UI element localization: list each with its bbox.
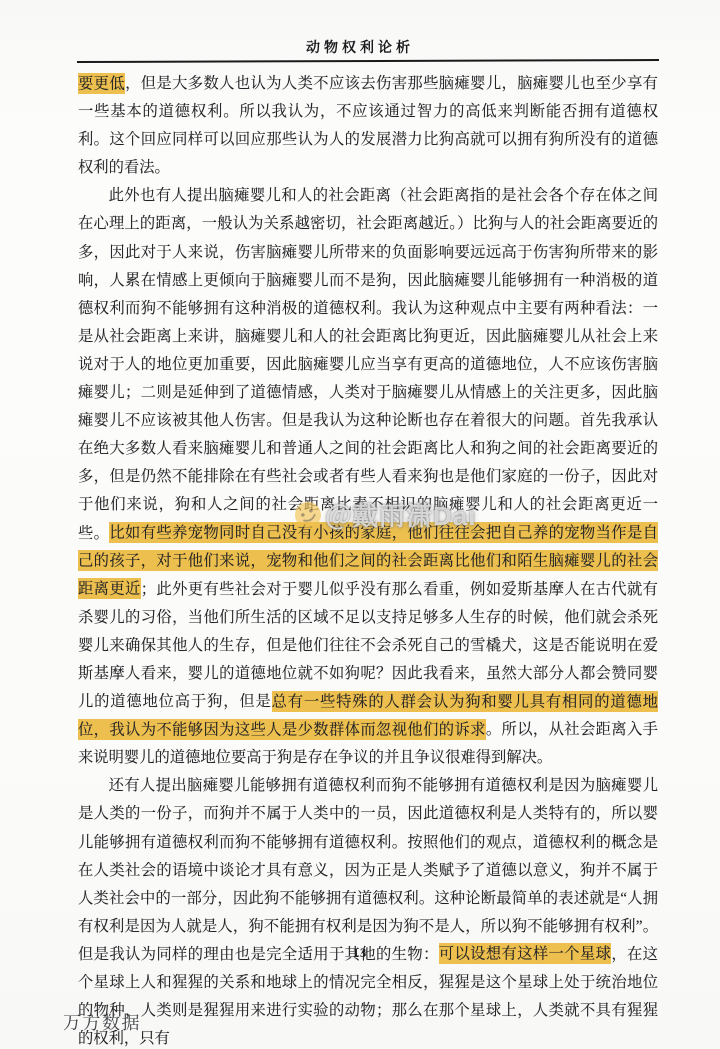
body-text-block: 要更低，但是大多数人也认为人类不应该去伤害那些脑瘫婴儿，脑瘫婴儿也至少享有一些基… [78,70,658,1049]
highlighted-segment: 要更低 [78,73,125,94]
text-segment: 此外也有人提出脑瘫婴儿和人的社会距离（社会距离指的是社会各个存在体之间在心理上的… [78,187,658,541]
paragraph-2: 此外也有人提出脑瘫婴儿和人的社会距离（社会距离指的是社会各个存在体之间在心理上的… [78,182,658,772]
page-number: 13 [0,946,720,961]
running-header-title: 动物权利论析 [0,37,720,57]
wanfang-data-watermark: 万方数据 [63,1009,141,1035]
document-page: 动物权利论析 要更低，但是大多数人也认为人类不应该去伤害那些脑瘫婴儿，脑瘫婴儿也… [0,0,720,1049]
paragraph-1: 要更低，但是大多数人也认为人类不应该去伤害那些脑瘫婴儿，脑瘫婴儿也至少享有一些基… [78,70,658,182]
paragraph-3: 还有人提出脑瘫婴儿能够拥有道德权利而狗不能够拥有道德权利是因为脑瘫婴儿是人类的一… [78,772,658,1049]
text-segment: ，但是大多数人也认为人类不应该去伤害那些脑瘫婴儿，脑瘫婴儿也至少享有一些基本的道… [78,75,658,176]
text-segment: 还有人提出脑瘫婴儿能够拥有道德权利而狗不能够拥有道德权利是因为脑瘫婴儿是人类的一… [78,777,658,963]
header-divider-rule [77,59,659,63]
